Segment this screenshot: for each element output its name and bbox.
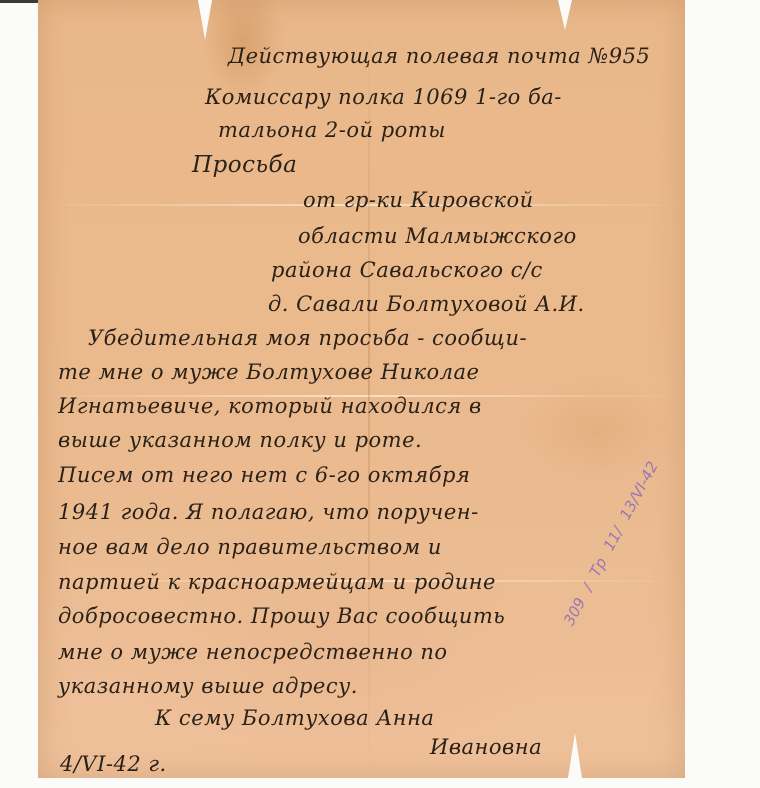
header-line-field-post: Действующая полевая почта №955: [228, 44, 650, 68]
body-line-10: мне о муже непосредственно по: [58, 640, 448, 664]
body-line-6: 1941 года. Я полагаю, что поручен-: [58, 500, 479, 524]
paper-tear: [198, 0, 212, 40]
stamp-separator: /: [579, 581, 597, 594]
sender-line-2: области Малмыжского: [298, 224, 577, 248]
header-line-addressee: Комиссару полка 1069 1-го ба-: [205, 85, 562, 109]
body-line-7: ное вам дело правительством и: [58, 535, 442, 559]
signature-patronymic: Ивановна: [430, 735, 542, 759]
paper-tear: [558, 0, 572, 30]
sender-line-3: района Савальского с/с: [271, 258, 543, 282]
title-request: Просьба: [192, 152, 297, 178]
body-line-3: Игнатьевиче, который находился в: [58, 394, 482, 418]
body-line-5: Писем от него нет с 6-го октября: [58, 463, 470, 487]
sender-line-4: д. Савали Болтуховой А.И.: [268, 292, 585, 316]
body-line-9: добросовестно. Прошу Вас сообщить: [58, 604, 505, 628]
body-line-8: партией к красноармейцам и родине: [58, 570, 496, 594]
scan-edge-mark: [0, 0, 40, 3]
header-line-company: тальона 2-ой роты: [218, 118, 446, 142]
signature-line: К сему Болтухова Анна: [155, 706, 434, 730]
paper-tear: [568, 733, 582, 778]
body-line-1: Убедительная моя просьба - сообщи-: [88, 326, 527, 350]
body-line-4: выше указанном полку и роте.: [58, 428, 422, 452]
letter-date: 4/VI-42 г.: [60, 752, 167, 776]
body-line-11: указанному выше адресу.: [58, 674, 358, 698]
body-line-2: те мне о муже Болтухове Николае: [58, 360, 479, 384]
sender-line-1: от гр-ки Кировской: [303, 188, 534, 212]
